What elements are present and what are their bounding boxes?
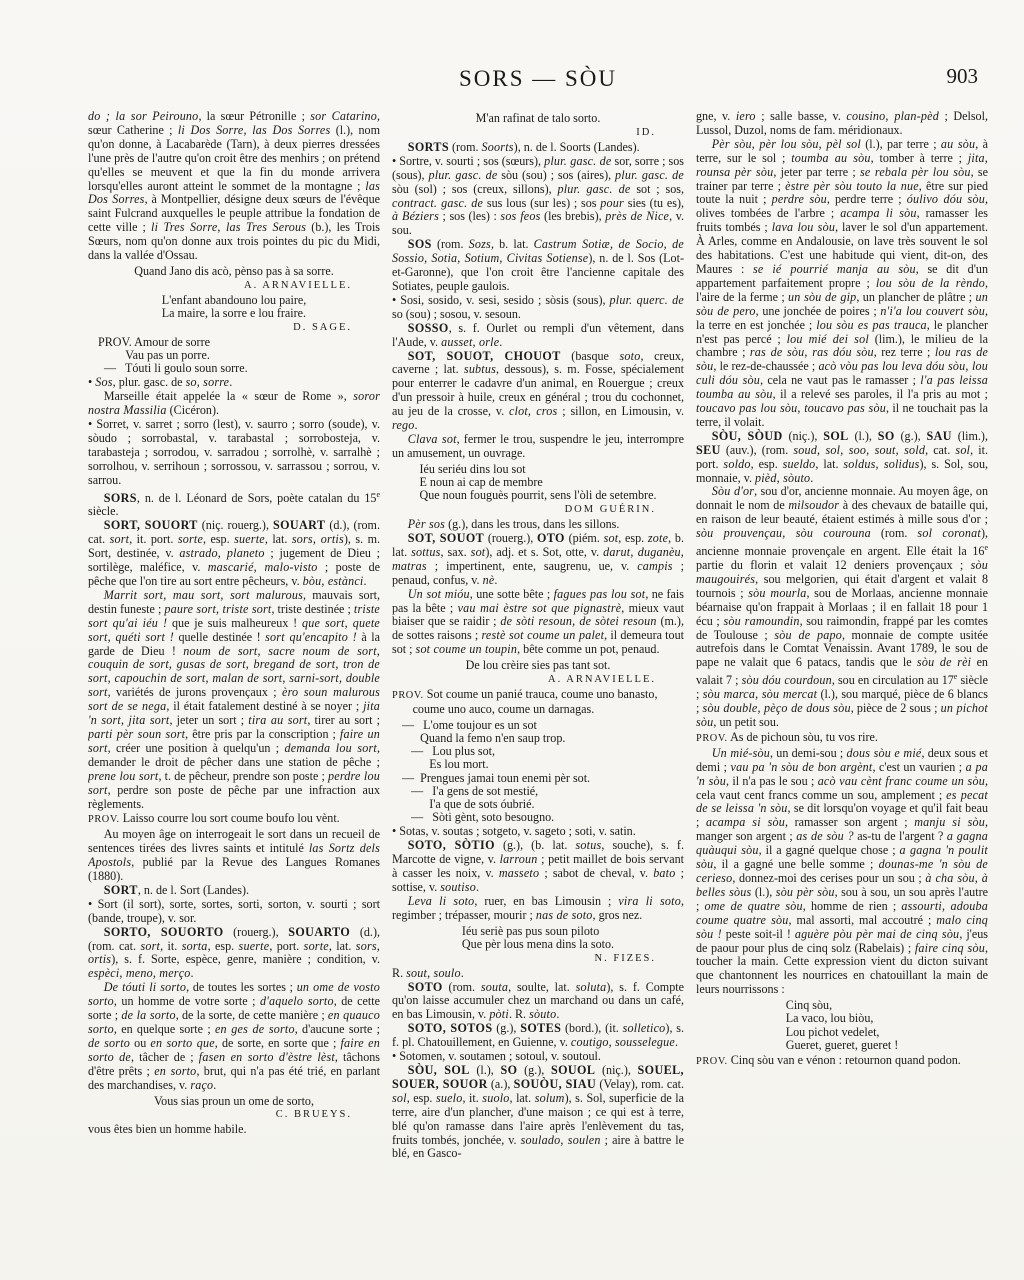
attribution: C. BRUEYS. — [88, 1108, 380, 1121]
prov-label: PROV. — [696, 733, 728, 744]
column-3: gne, v. iero ; salle basse, v. cousino, … — [696, 110, 988, 1220]
text-columns: do ; la sor Peirouno, la sœur Pétronille… — [88, 110, 988, 1220]
entry-paragraph: • Sotas, v. soutas ; sotgeto, v. sageto … — [392, 825, 684, 839]
entry-paragraph: do ; la sor Peirouno, la sœur Pétronille… — [88, 110, 380, 263]
entry-paragraph: • Sortre, v. sourti ; sos (sœurs), plur.… — [392, 155, 684, 238]
entry-paragraph: SOTO, SÒTIO (g.), (b. lat. sotus, souche… — [392, 839, 684, 895]
entry-paragraph: Pèr sòu, pèr lou sòu, pèl sol (l.), par … — [696, 138, 988, 430]
entry-paragraph: Leva li soto, ruer, en bas Limousin ; vi… — [392, 895, 684, 923]
attribution: N. FIZES. — [392, 952, 684, 965]
attribution: DOM GUÉRIN. — [392, 503, 684, 516]
verse: Iéu seriéu dins lou sotE noun ai cap de … — [392, 463, 684, 503]
verse-line: Que noun fouguès pourrit, sens l'òli de … — [420, 489, 657, 502]
verse-line: Quand Jano dis acò, pènso pas à sa sorre… — [134, 265, 334, 278]
verse: Vous sias proun un ome de sorto, — [88, 1095, 380, 1109]
prov-label: PROV. — [88, 814, 120, 825]
entry-paragraph: SORTO, SOUORTO (rouerg.), SOUARTO (d.), … — [88, 926, 380, 982]
verse-line: La vaco, lou biòu, — [786, 1012, 898, 1025]
proverb: PROV. Sot coume un panié trauca, coume u… — [392, 688, 684, 717]
verse-line: Gueret, gueret, gueret ! — [786, 1039, 898, 1052]
entry-paragraph: SORT, n. de l. Sort (Landes). — [88, 884, 380, 898]
verse-line: Lou pichot vedelet, — [786, 1026, 898, 1039]
verse-line: Vous sias proun un ome de sorto, — [154, 1095, 314, 1108]
verse-line: M'an rafinat de talo sorto. — [476, 112, 601, 125]
verse-line: Iéu seriè pas pus soun piloto — [462, 925, 614, 938]
entry-paragraph: SORT, SOUORT (niç. rouerg.), SOUART (d.)… — [88, 519, 380, 589]
attribution: A. ARNAVIELLE. — [392, 673, 684, 686]
page-number: 903 — [947, 64, 979, 89]
entry-paragraph: Clava sot, fermer le trou, suspendre le … — [392, 433, 684, 461]
entry-paragraph: SORS, n. de l. Léonard de Sors, poète ca… — [88, 488, 380, 520]
verse-line: La maire, la sorre e lou fraire. — [162, 307, 307, 320]
entry-paragraph: SORTS (rom. Soorts), n. de l. Soorts (La… — [392, 141, 684, 155]
entry-paragraph: vous êtes bien un homme habile. — [88, 1123, 380, 1137]
proverb: PROV. As de pichoun sòu, tu vos rire. — [696, 731, 988, 746]
entry-paragraph: SOTO (rom. souta, soulte, lat. soluta), … — [392, 981, 684, 1023]
entry-paragraph: R. sout, soulo. — [392, 967, 684, 981]
entry-paragraph: • Sort (il sort), sorte, sortes, sorti, … — [88, 898, 380, 926]
running-title: SORS — SÒU — [88, 66, 988, 92]
column-2: M'an rafinat de talo sorto.ID.SORTS (rom… — [392, 110, 684, 1220]
entry-paragraph: gne, v. iero ; salle basse, v. cousino, … — [696, 110, 988, 138]
attribution: D. SAGE. — [88, 321, 380, 334]
entry-paragraph: • Sorret, v. sarret ; sorro (lest), v. s… — [88, 418, 380, 488]
entry-paragraph: Un mié-sòu, un demi-sou ; dous sòu e mié… — [696, 747, 988, 997]
prov-label: PROV. — [392, 690, 424, 701]
entry-paragraph: SOSSO, s. f. Ourlet ou rempli d'un vêtem… — [392, 322, 684, 350]
verse-line: Es lou mort. — [402, 758, 590, 771]
verse: PROV. Amour de sorre Vau pas un porre. —… — [98, 336, 380, 376]
entry-paragraph: SOTO, SOTOS (g.), SOTES (bord.), (it. so… — [392, 1022, 684, 1050]
entry-paragraph: SOS (rom. Sozs, b. lat. Castrum Sotiæ, d… — [392, 238, 684, 294]
verse: — L'ome toujour es un sot Quand la femo … — [402, 719, 684, 825]
entry-paragraph: Un sot mióu, une sotte bête ; fagues pas… — [392, 588, 684, 658]
verse: M'an rafinat de talo sorto. — [392, 112, 684, 126]
entry-paragraph: De tóuti li sorto, de toutes les sortes … — [88, 981, 380, 1092]
entry-paragraph: SÒU, SÒUD (niç.), SOL (l.), SO (g.), SAU… — [696, 430, 988, 486]
entry-paragraph: Marrit sort, mau sort, sort malurous, ma… — [88, 589, 380, 812]
entry-paragraph: Au moyen âge on interrogeait le sort dan… — [88, 828, 380, 884]
verse: L'enfant abandouno lou paire,La maire, l… — [88, 294, 380, 321]
attribution: A. ARNAVIELLE. — [88, 279, 380, 292]
entry-paragraph: • Sotomen, v. soutamen ; sotoul, v. sout… — [392, 1050, 684, 1064]
entry-paragraph: SOT, SOUOT, CHOUOT (basque soto, creux, … — [392, 350, 684, 433]
entry-paragraph: Pèr sos (g.), dans les trous, dans les s… — [392, 518, 684, 532]
verse-line: Iéu seriéu dins lou sot — [420, 463, 657, 476]
proverb: PROV. Cinq sòu van e vénon : retournon q… — [696, 1054, 988, 1069]
entry-paragraph: • Sos, plur. gasc. de so, sorre. — [88, 376, 380, 390]
verse-line: — Tóuti li goulo soun sorre. — [98, 362, 248, 375]
entry-paragraph: Sòu d'or, sou d'or, ancienne monnaie. Au… — [696, 485, 988, 729]
column-1: do ; la sor Peirouno, la sœur Pétronille… — [88, 110, 380, 1220]
entry-paragraph: SOT, SOUOT (rouerg.), OTO (piém. sot, es… — [392, 532, 684, 588]
dictionary-page: SORS — SÒU 903 do ; la sor Peirouno, la … — [0, 0, 1024, 1280]
verse-line: Que pèr lous mena dins la soto. — [462, 938, 614, 951]
verse: Quand Jano dis acò, pènso pas à sa sorre… — [88, 265, 380, 279]
attribution: ID. — [392, 126, 684, 139]
entry-paragraph: • Sosi, sosido, v. sesi, sesido ; sòsis … — [392, 294, 684, 322]
entry-paragraph: SÒU, SOL (l.), SO (g.), SOUOL (niç.), SO… — [392, 1064, 684, 1161]
verse: De lou crèire sies pas tant sot. — [392, 659, 684, 673]
verse: Iéu seriè pas pus soun pilotoQue pèr lou… — [392, 925, 684, 952]
verse-line: — Prengues jamai toun enemi pèr sot. — [402, 772, 590, 785]
proverb: PROV. Laisso courre lou sort coume boufo… — [88, 812, 380, 827]
verse: Cinq sòu,La vaco, lou biòu,Lou pichot ve… — [696, 999, 988, 1053]
entry-paragraph: Marseille était appelée la « sœur de Rom… — [88, 390, 380, 418]
page-header: SORS — SÒU 903 — [88, 66, 988, 100]
verse-line: — Sòti gènt, soto besougno. — [402, 811, 590, 824]
verse-line: De lou crèire sies pas tant sot. — [466, 659, 611, 672]
prov-label: PROV. — [696, 1056, 728, 1067]
